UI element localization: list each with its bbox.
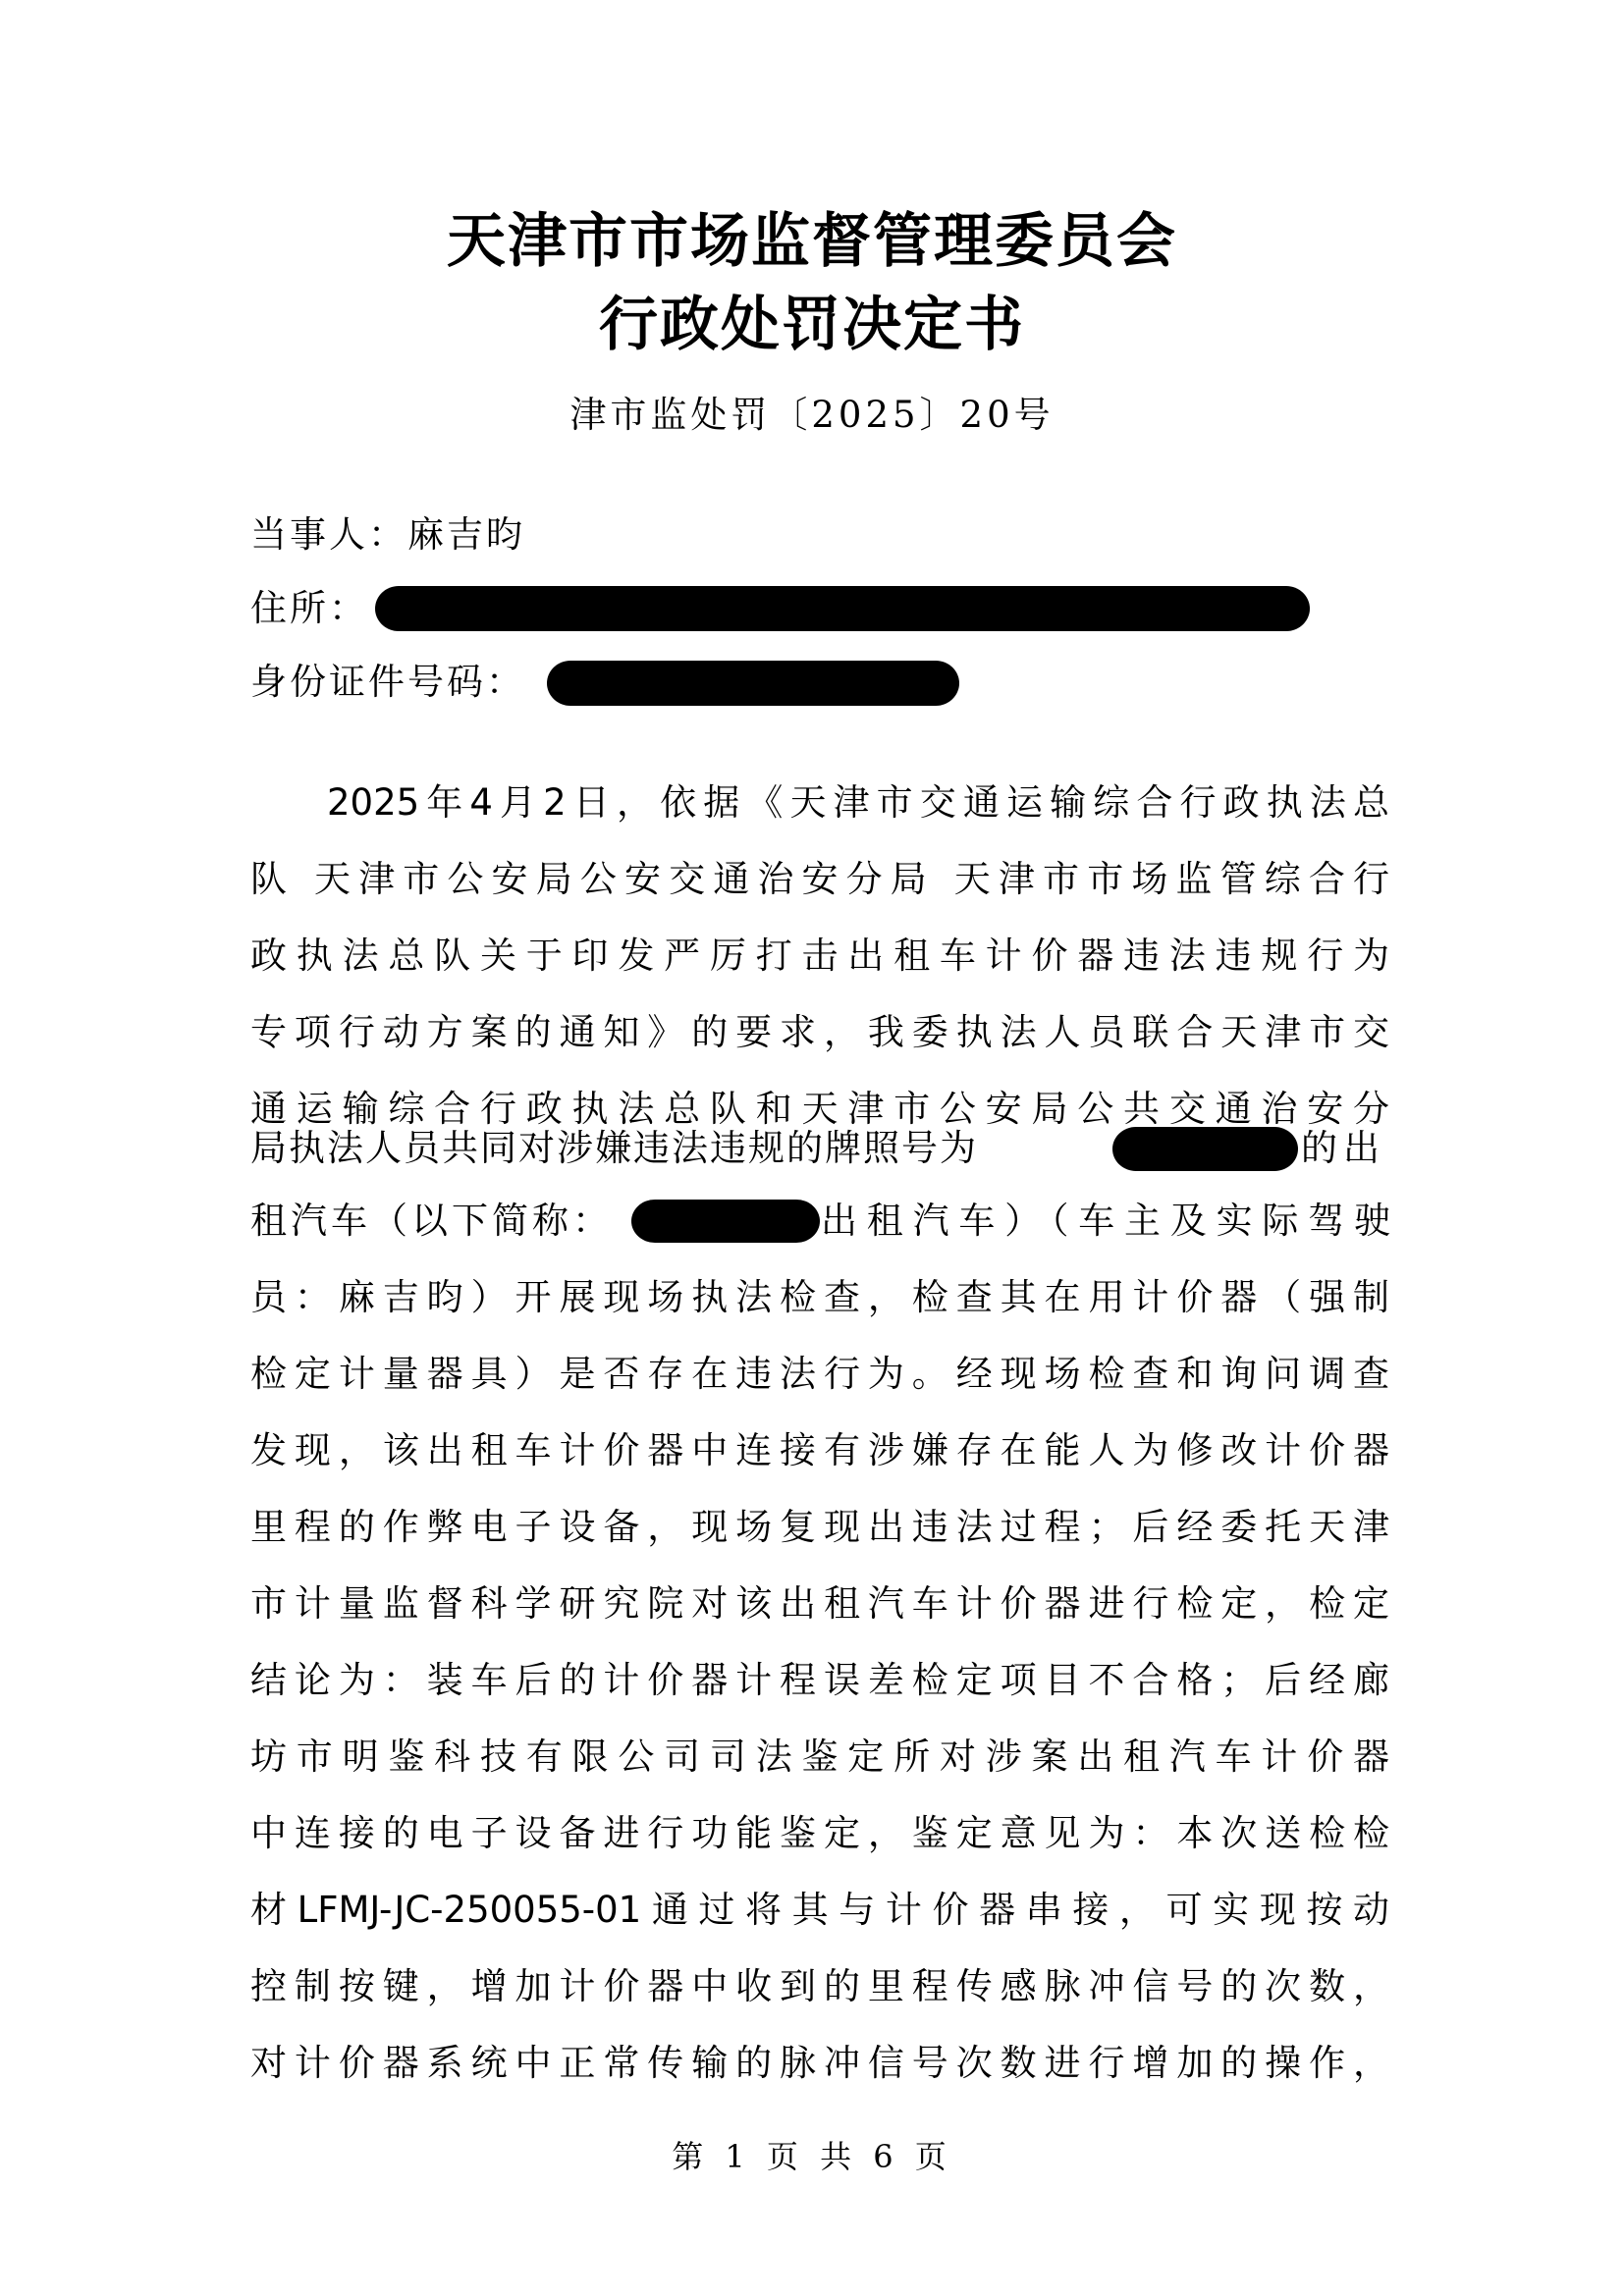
body-line-15: 中连接的电子设备进行功能鉴定，鉴定意见为：本次送检检	[250, 1804, 1389, 1863]
page-number-footer: 第 1 页 共 6 页	[0, 2132, 1624, 2181]
party-id-label: 身份证件号码：	[250, 661, 525, 703]
party-name-value: 麻吉昀	[407, 513, 525, 556]
body-line-18: 对计价器系统中正常传输的脉冲信号次数进行增加的操作，	[250, 2034, 1389, 2093]
body-line-17: 控制按键，增加计价器中收到的里程传感脉冲信号的次数，	[250, 1957, 1389, 2016]
body-line-12: 市计量监督科学研究院对该出租汽车计价器进行检定，检定	[250, 1575, 1389, 1633]
body-line-6a: 局执法人员共同对涉嫌违法违规的牌照号为	[250, 1119, 1114, 1178]
body-line-8: 员：麻吉昀）开展现场执法检查，检查其在用计价器（强制	[250, 1268, 1389, 1327]
address-redaction	[375, 586, 1310, 631]
body-line-11: 里程的作弊电子设备，现场复现出违法过程；后经委托天津	[250, 1498, 1389, 1557]
document-page: 天津市市场监督管理委员会 行政处罚决定书 津市监处罚〔2025〕20号 当事人：…	[0, 0, 1624, 2296]
body-line-3: 政执法总队关于印发严厉打击出租车计价器违法违规行为	[250, 927, 1389, 986]
body-line-4: 专项行动方案的通知》的要求，我委执法人员联合天津市交	[250, 1003, 1389, 1062]
body-line-16: 材LFMJ-JC-250055-01通过将其与计价器串接，可实现按动	[250, 1881, 1389, 1940]
body-line-9: 检定计量器具）是否存在违法行为。经现场检查和询问调查	[250, 1345, 1389, 1404]
id-number-redaction	[547, 661, 959, 706]
body-line-7a: 租汽车（以下简称：	[250, 1192, 623, 1251]
party-address-label: 住所：	[250, 587, 368, 629]
body-line-14: 坊市明鉴科技有限公司司法鉴定所对涉案出租汽车计价器	[250, 1728, 1389, 1787]
plate-short-redaction	[631, 1200, 820, 1243]
body-line-7b: 出租汽车）（车主及实际驾驶	[821, 1192, 1390, 1251]
body-line-13: 结论为：装车后的计价器计程误差检定项目不合格；后经廊	[250, 1651, 1389, 1710]
document-title-type: 行政处罚决定书	[0, 290, 1624, 360]
body-line-10: 发现，该出租车计价器中连接有涉嫌存在能人为修改计价器	[250, 1421, 1389, 1480]
body-line-6b: 的出	[1301, 1119, 1394, 1178]
party-name-label: 当事人：	[250, 513, 407, 556]
body-line-1: 2025年4月2日，依据《天津市交通运输综合行政执法总	[327, 774, 1389, 832]
document-number: 津市监处罚〔2025〕20号	[0, 391, 1624, 440]
party-name-line: 当事人：麻吉昀	[250, 506, 1389, 564]
document-title-issuer: 天津市市场监督管理委员会	[0, 206, 1624, 277]
plate-number-redaction	[1112, 1127, 1298, 1171]
body-line-2: 队 天津市公安局公安交通治安分局 天津市市场监管综合行	[250, 850, 1389, 909]
